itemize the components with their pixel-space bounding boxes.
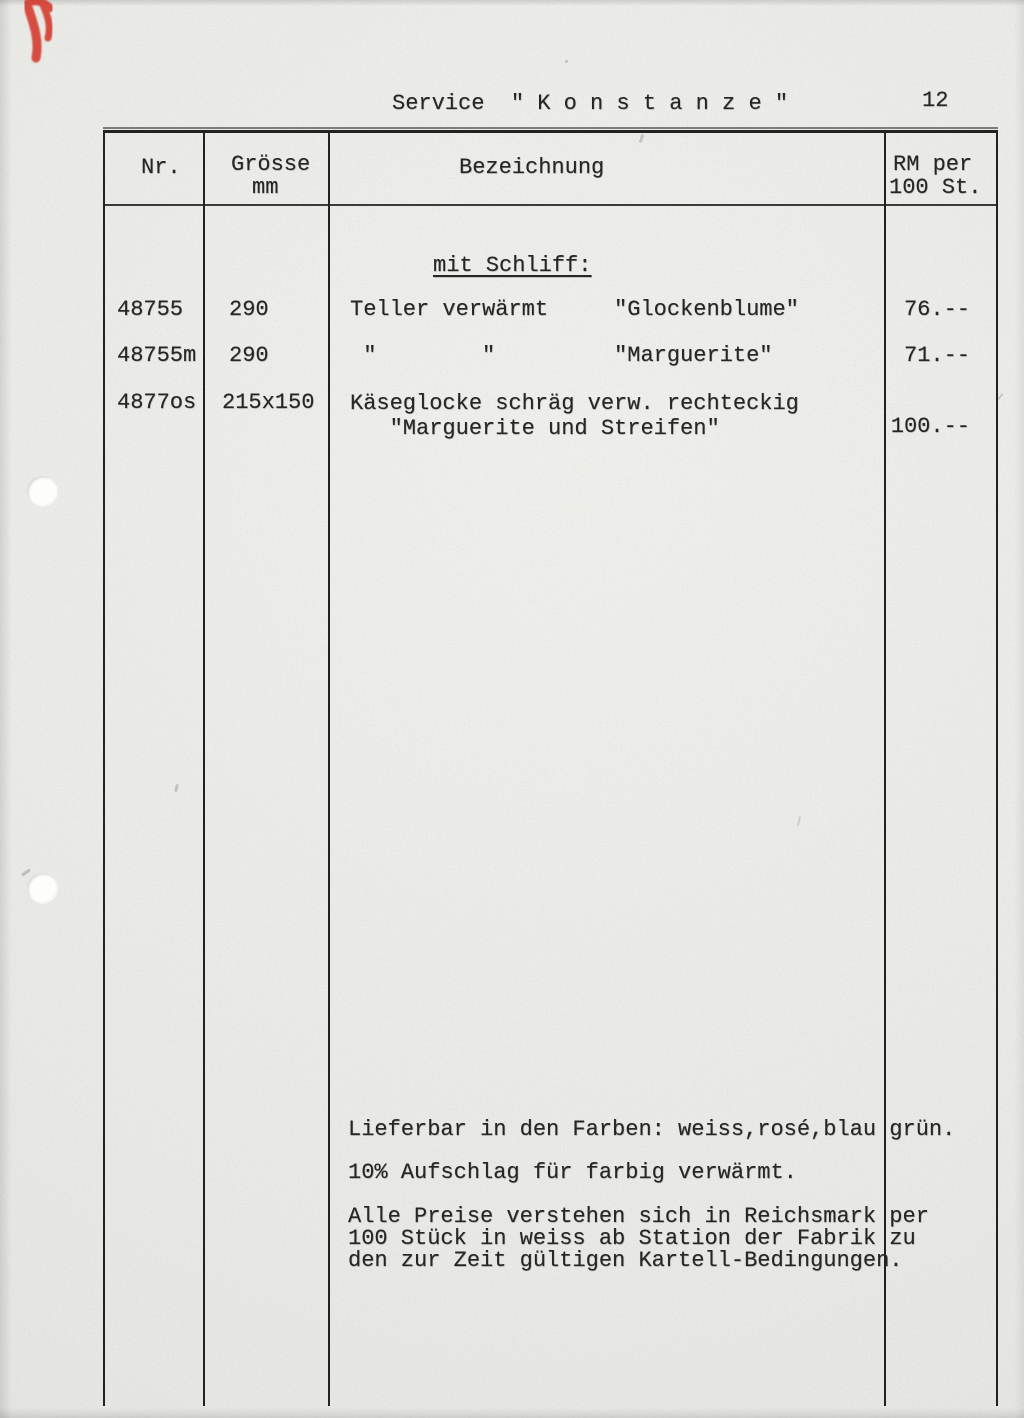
hole-punch-bottom: [27, 873, 58, 904]
column-header-description: Bezeichnung: [459, 156, 604, 180]
page-edge-shading-bottom: [0, 1408, 1024, 1418]
column-header-price: RM per: [893, 153, 972, 177]
red-pencil-marks: [10, 0, 90, 80]
section-heading: mit Schliff:: [433, 254, 591, 278]
page-edge-shading-right: [1014, 0, 1024, 1418]
column-header-size: Grösse: [231, 153, 310, 177]
table-header-separator: [103, 204, 998, 206]
row-size: 290: [229, 344, 269, 368]
table-border-top: [103, 130, 998, 133]
row-nr: 48755m: [117, 344, 196, 368]
table-border-top-outer: [103, 127, 998, 129]
hole-punch-top: [27, 476, 58, 507]
note-colors: Lieferbar in den Farben: weiss,rosé,blau…: [348, 1118, 955, 1142]
row-description: " " "Marguerite": [350, 344, 772, 368]
note-terms: Alle Preise verstehen sich in Reichsmark…: [348, 1206, 929, 1272]
scan-speck: [565, 60, 568, 63]
table-column-line-nr: [203, 130, 205, 1406]
row-price: 100.--: [850, 415, 970, 439]
row-nr: 48755: [117, 298, 183, 322]
page-edge-shading-left: [0, 0, 12, 1418]
row-description: Teller verwärmt "Glockenblume": [350, 298, 799, 322]
note-surcharge: 10% Aufschlag für farbig verwärmt.: [348, 1161, 797, 1185]
scan-speck: [639, 134, 645, 143]
row-price: 76.--: [850, 298, 970, 322]
paper-tear-mark: [21, 868, 31, 876]
scan-speck: [174, 784, 179, 792]
table-border-left: [103, 130, 105, 1406]
page-title: Service " K o n s t a n z e ": [392, 92, 788, 116]
row-nr: 4877os: [117, 391, 196, 415]
row-price: 71.--: [850, 344, 970, 368]
table-column-line-size: [328, 130, 330, 1406]
column-header-size-unit: mm: [252, 176, 278, 200]
scan-speck: [797, 816, 801, 826]
row-description: Käseglocke schräg verw. rechteckig "Marg…: [350, 391, 799, 441]
row-size: 290: [229, 298, 269, 322]
page-edge-shading-top: [0, 0, 1024, 6]
page-number: 12: [922, 89, 948, 113]
column-header-nr: Nr.: [141, 156, 181, 180]
row-size: 215x150: [222, 391, 314, 415]
column-header-price-unit: 100 St.: [889, 176, 981, 200]
table-border-right: [996, 130, 998, 1406]
document-page: Service " K o n s t a n z e " 12 Nr. Grö…: [0, 0, 1024, 1418]
